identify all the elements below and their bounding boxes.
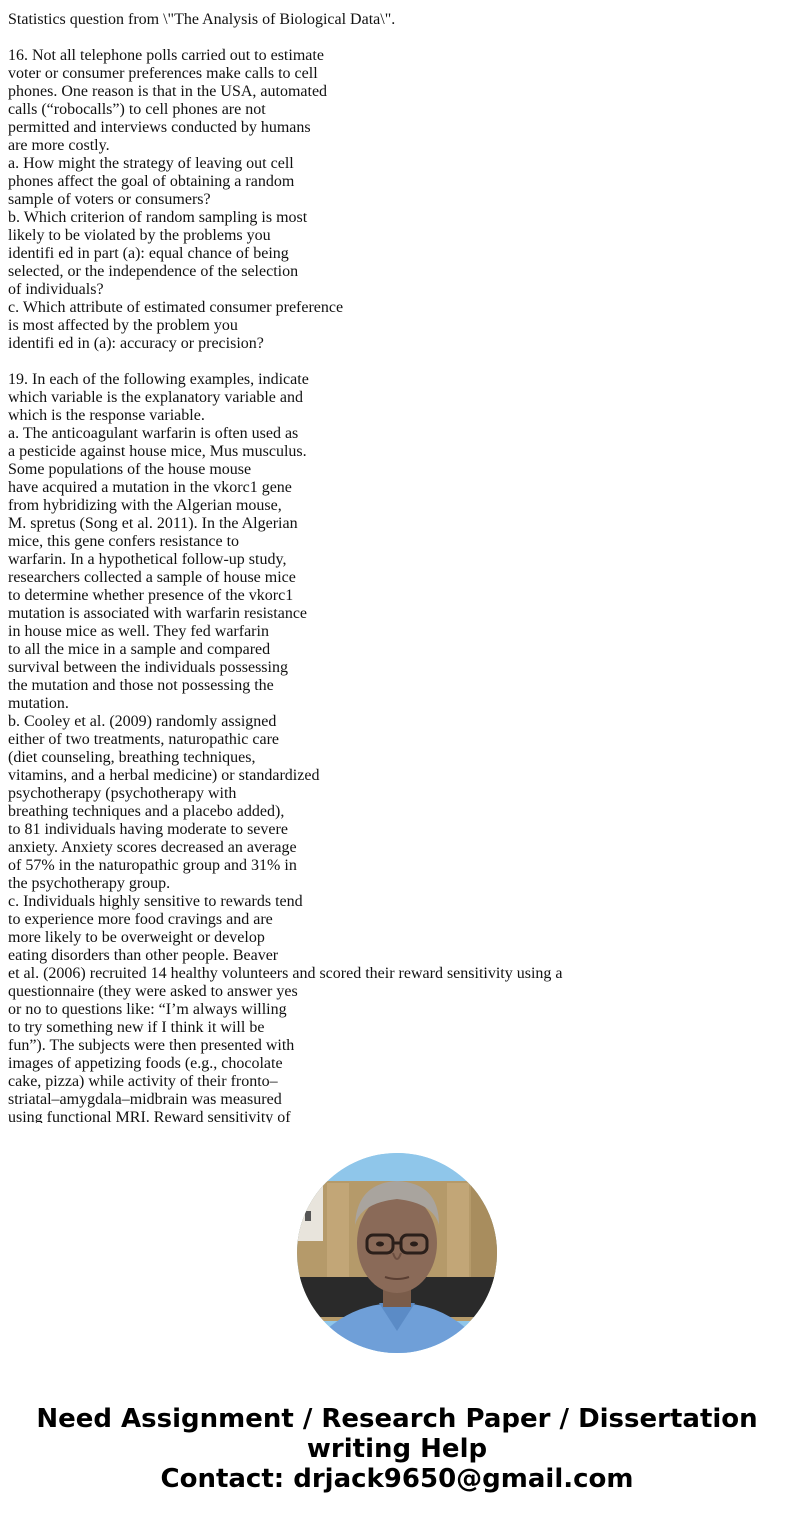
promo-contact-email: Contact: drjack9650@gmail.com: [0, 1464, 794, 1494]
q19-line: mutation.: [8, 695, 788, 713]
q19-line: mice, this gene confers resistance to: [8, 533, 788, 551]
q19-line: to 81 individuals having moderate to sev…: [8, 821, 788, 839]
q19-line: have acquired a mutation in the vkorc1 g…: [8, 479, 788, 497]
q19-part-b: b. Cooley et al. (2009) randomly assigne…: [8, 713, 788, 731]
q19-line: using functional MRI. Reward sensitivity…: [8, 1109, 788, 1123]
spacer: [8, 29, 788, 47]
q19-line: which variable is the explanatory variab…: [8, 389, 788, 407]
q16-line: identifi ed in part (a): equal chance of…: [8, 245, 788, 263]
q19-line: of 57% in the naturopathic group and 31%…: [8, 857, 788, 875]
q16-line: permitted and interviews conducted by hu…: [8, 119, 788, 137]
q16-line: phones affect the goal of obtaining a ra…: [8, 173, 788, 191]
page: Statistics question from \"The Analysis …: [0, 0, 794, 1523]
q19-line: to determine whether presence of the vko…: [8, 587, 788, 605]
q16-part-c: c. Which attribute of estimated consumer…: [8, 299, 788, 317]
q16-line: selected, or the independence of the sel…: [8, 263, 788, 281]
q19-line: vitamins, and a herbal medicine) or stan…: [8, 767, 788, 785]
q19-line: or no to questions like: “I’m always wil…: [8, 1001, 788, 1019]
promo-subline: writing Help: [0, 1434, 794, 1464]
q19-line: images of appetizing foods (e.g., chocol…: [8, 1055, 788, 1073]
q19-line: warfarin. In a hypothetical follow-up st…: [8, 551, 788, 569]
q19-line: from hybridizing with the Algerian mouse…: [8, 497, 788, 515]
q19-line: cake, pizza) while activity of their fro…: [8, 1073, 788, 1091]
q19-line: researchers collected a sample of house …: [8, 569, 788, 587]
q19-part-c: c. Individuals highly sensitive to rewar…: [8, 893, 788, 911]
q16-line: calls (“robocalls”) to cell phones are n…: [8, 101, 788, 119]
q19-line: the mutation and those not possessing th…: [8, 677, 788, 695]
q19-line: mutation is associated with warfarin res…: [8, 605, 788, 623]
question-header: Statistics question from \"The Analysis …: [8, 11, 788, 29]
q19-line: to experience more food cravings and are: [8, 911, 788, 929]
q16-part-b: b. Which criterion of random sampling is…: [8, 209, 788, 227]
q19-line: psychotherapy (psychotherapy with: [8, 785, 788, 803]
q19-line: anxiety. Anxiety scores decreased an ave…: [8, 839, 788, 857]
q16-line: of individuals?: [8, 281, 788, 299]
q16-line: likely to be violated by the problems yo…: [8, 227, 788, 245]
q19-line: et al. (2006) recruited 14 healthy volun…: [8, 965, 788, 983]
q19-line: 19. In each of the following examples, i…: [8, 371, 788, 389]
q19-part-a: a. The anticoagulant warfarin is often u…: [8, 425, 788, 443]
question-16: 16. Not all telephone polls carried out …: [8, 47, 788, 353]
q19-line: which is the response variable.: [8, 407, 788, 425]
q19-line: in house mice as well. They fed warfarin: [8, 623, 788, 641]
q19-line: striatal–amygdala–midbrain was measured: [8, 1091, 788, 1109]
q19-line: M. spretus (Song et al. 2011). In the Al…: [8, 515, 788, 533]
q16-part-a: a. How might the strategy of leaving out…: [8, 155, 788, 173]
q19-line: breathing techniques and a placebo added…: [8, 803, 788, 821]
q16-line: voter or consumer preferences make calls…: [8, 65, 788, 83]
q16-line: 16. Not all telephone polls carried out …: [8, 47, 788, 65]
question-19: 19. In each of the following examples, i…: [8, 371, 788, 1123]
q16-line: sample of voters or consumers?: [8, 191, 788, 209]
q19-line: to try something new if I think it will …: [8, 1019, 788, 1037]
q16-line: phones. One reason is that in the USA, a…: [8, 83, 788, 101]
spacer: [8, 353, 788, 371]
question-text-block: Statistics question from \"The Analysis …: [8, 11, 788, 1123]
q19-line: the psychotherapy group.: [8, 875, 788, 893]
q19-line: fun”). The subjects were then presented …: [8, 1037, 788, 1055]
q19-line: more likely to be overweight or develop: [8, 929, 788, 947]
q16-line: are more costly.: [8, 137, 788, 155]
tutor-portrait-icon: [297, 1153, 497, 1353]
q19-line: (diet counseling, breathing techniques,: [8, 749, 788, 767]
contact-promo: Need Assignment / Research Paper / Disse…: [0, 1404, 794, 1494]
q19-line: Some populations of the house mouse: [8, 461, 788, 479]
q19-line: eating disorders than other people. Beav…: [8, 947, 788, 965]
q19-line: survival between the individuals possess…: [8, 659, 788, 677]
q16-line: is most affected by the problem you: [8, 317, 788, 335]
q16-line: identifi ed in (a): accuracy or precisio…: [8, 335, 788, 353]
tutor-avatar: [297, 1153, 497, 1353]
promo-headline: Need Assignment / Research Paper / Disse…: [0, 1404, 794, 1434]
q19-line: either of two treatments, naturopathic c…: [8, 731, 788, 749]
q19-line: a pesticide against house mice, Mus musc…: [8, 443, 788, 461]
q19-line: questionnaire (they were asked to answer…: [8, 983, 788, 1001]
q19-line: to all the mice in a sample and compared: [8, 641, 788, 659]
